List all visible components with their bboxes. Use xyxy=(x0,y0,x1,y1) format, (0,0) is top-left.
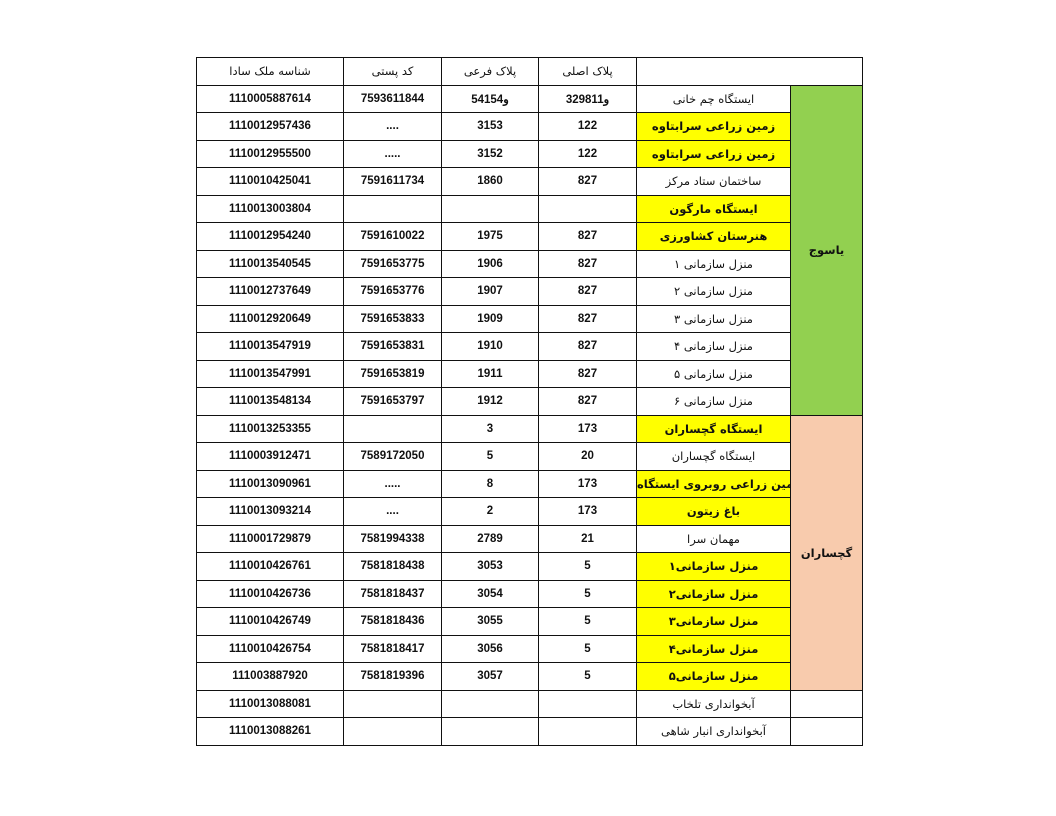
cell-property-name: ایستگاه گچساران xyxy=(637,415,791,443)
cell-main-plate: 20 xyxy=(539,443,637,471)
cell-postal-code: 7581819396 xyxy=(344,663,442,691)
cell-main-plate: 827 xyxy=(539,305,637,333)
cell-sada-id: 1110003912471 xyxy=(197,443,344,471)
cell-property-name: منزل سازمانی۴ xyxy=(637,635,791,663)
cell-main-plate: 122 xyxy=(539,140,637,168)
cell-postal-code xyxy=(344,195,442,223)
cell-postal-code: 7591653775 xyxy=(344,250,442,278)
table-row: 111001292064975916538331909827منزل سازما… xyxy=(197,305,863,333)
table-row: 1110010426736758181843730545منزل سازمانی… xyxy=(197,580,863,608)
cell-sada-id: 111003887920 xyxy=(197,663,344,691)
cell-property-name: ساختمان ستاد مرکز xyxy=(637,168,791,196)
cell-main-plate: 827 xyxy=(539,223,637,251)
cell-sada-id: 1110010426754 xyxy=(197,635,344,663)
cell-sada-id: 1110010426736 xyxy=(197,580,344,608)
cell-sub-plate: 3053 xyxy=(442,553,539,581)
cell-property-name: باغ زیتون xyxy=(637,498,791,526)
cell-sada-id: 1110013540545 xyxy=(197,250,344,278)
cell-postal-code xyxy=(344,415,442,443)
table-row: 111001354791975916538311910827منزل سازما… xyxy=(197,333,863,361)
cell-property-name: منزل سازمانی ۴ xyxy=(637,333,791,361)
table-row: 111003887920758181939630575منزل سازمانی۵ xyxy=(197,663,863,691)
header-main-plate: پلاک اصلی xyxy=(539,58,637,86)
table-row: 1110013090961.....8173زمین زراعی روبروی … xyxy=(197,470,863,498)
cell-sada-id: 1110013088261 xyxy=(197,718,344,746)
cell-sub-plate: 3152 xyxy=(442,140,539,168)
cell-main-plate: 827 xyxy=(539,278,637,306)
cell-property-name: منزل سازمانی ۵ xyxy=(637,360,791,388)
cell-main-plate: 122 xyxy=(539,113,637,141)
cell-sub-plate: 1912 xyxy=(442,388,539,416)
cell-sub-plate: 1906 xyxy=(442,250,539,278)
cell-sub-plate xyxy=(442,690,539,718)
table-row: 111001042504175916117341860827ساختمان ست… xyxy=(197,168,863,196)
cell-sub-plate: 1975 xyxy=(442,223,539,251)
cell-postal-code: ..... xyxy=(344,470,442,498)
table-row: 1110013088261آبخوانداری انبار شاهی xyxy=(197,718,863,746)
cell-property-name: آبخوانداری انبار شاهی xyxy=(637,718,791,746)
cell-sada-id: 1110012957436 xyxy=(197,113,344,141)
cell-sada-id: 1110010425041 xyxy=(197,168,344,196)
region-label: یاسوج xyxy=(791,85,863,415)
cell-postal-code: 7581818436 xyxy=(344,608,442,636)
cell-property-name: منزل سازمانی۱ xyxy=(637,553,791,581)
cell-sada-id: 1110005887614 xyxy=(197,85,344,113)
cell-main-plate xyxy=(539,718,637,746)
table-row: 1110012957436....3153122زمین زراعی سرابت… xyxy=(197,113,863,141)
table-row: 111001354813475916537971912827منزل سازما… xyxy=(197,388,863,416)
cell-main-plate: 827 xyxy=(539,250,637,278)
cell-sub-plate: 3153 xyxy=(442,113,539,141)
region-empty-cell xyxy=(791,690,863,718)
table-row: 11100039124717589172050520ایستگاه گچسارا… xyxy=(197,443,863,471)
header-name xyxy=(637,58,863,86)
table-row: 1110013003804ایستگاه مارگون xyxy=(197,195,863,223)
table-row: 1110010426749758181843630555منزل سازمانی… xyxy=(197,608,863,636)
table-row: 1110013093214....2173باغ زیتون xyxy=(197,498,863,526)
cell-postal-code: 7581818438 xyxy=(344,553,442,581)
cell-postal-code: 7581994338 xyxy=(344,525,442,553)
cell-sada-id: 1110013090961 xyxy=(197,470,344,498)
cell-sub-plate: 2789 xyxy=(442,525,539,553)
cell-sub-plate: 2 xyxy=(442,498,539,526)
cell-sada-id: 1110013547919 xyxy=(197,333,344,361)
cell-main-plate: 5 xyxy=(539,580,637,608)
property-table: شناسه ملک سادا کد پستی پلاک فرعی پلاک اص… xyxy=(196,57,863,746)
cell-sub-plate: 1909 xyxy=(442,305,539,333)
cell-main-plate: 173 xyxy=(539,498,637,526)
table-row: 111001295424075916100221975827هنرستان کش… xyxy=(197,223,863,251)
cell-property-name: منزل سازمانی۳ xyxy=(637,608,791,636)
cell-property-name: هنرستان کشاورزی xyxy=(637,223,791,251)
cell-sub-plate xyxy=(442,718,539,746)
cell-sada-id: 1110010426749 xyxy=(197,608,344,636)
cell-main-plate: 329و811 xyxy=(539,85,637,113)
cell-main-plate: 827 xyxy=(539,333,637,361)
cell-postal-code: 7591611734 xyxy=(344,168,442,196)
cell-sada-id: 1110001729879 xyxy=(197,525,344,553)
cell-property-name: منزل سازمانی۲ xyxy=(637,580,791,608)
cell-postal-code: 7591610022 xyxy=(344,223,442,251)
cell-postal-code: 7581818417 xyxy=(344,635,442,663)
cell-sub-plate: 1860 xyxy=(442,168,539,196)
cell-sada-id: 1110013088081 xyxy=(197,690,344,718)
cell-main-plate: 5 xyxy=(539,553,637,581)
table-row: 111001354054575916537751906827منزل سازما… xyxy=(197,250,863,278)
cell-property-name: منزل سازمانی ۳ xyxy=(637,305,791,333)
table-row: 1110012955500.....3152122زمین زراعی سراب… xyxy=(197,140,863,168)
cell-postal-code: 7581818437 xyxy=(344,580,442,608)
cell-sada-id: 1110010426761 xyxy=(197,553,344,581)
table-row: 1110010426761758181843830535منزل سازمانی… xyxy=(197,553,863,581)
cell-property-name: مهمان سرا xyxy=(637,525,791,553)
cell-sada-id: 1110012955500 xyxy=(197,140,344,168)
cell-postal-code: 7591653797 xyxy=(344,388,442,416)
cell-main-plate xyxy=(539,690,637,718)
cell-postal-code: ..... xyxy=(344,140,442,168)
cell-postal-code: 7589172050 xyxy=(344,443,442,471)
cell-main-plate: 5 xyxy=(539,635,637,663)
cell-sub-plate: 3056 xyxy=(442,635,539,663)
cell-sada-id: 1110013093214 xyxy=(197,498,344,526)
cell-sub-plate xyxy=(442,195,539,223)
cell-property-name: زمین زراعی روبروی ایستگاه xyxy=(637,470,791,498)
cell-postal-code xyxy=(344,690,442,718)
cell-sada-id: 1110012920649 xyxy=(197,305,344,333)
table-row: 111001273764975916537761907827منزل سازما… xyxy=(197,278,863,306)
cell-sada-id: 1110013003804 xyxy=(197,195,344,223)
cell-main-plate: 173 xyxy=(539,415,637,443)
cell-property-name: منزل سازمانی۵ xyxy=(637,663,791,691)
cell-sada-id: 1110013548134 xyxy=(197,388,344,416)
cell-property-name: ایستگاه چم خانی xyxy=(637,85,791,113)
cell-postal-code: 7591653831 xyxy=(344,333,442,361)
cell-main-plate: 5 xyxy=(539,608,637,636)
cell-sub-plate: 5 xyxy=(442,443,539,471)
document-page: شناسه ملک سادا کد پستی پلاک فرعی پلاک اص… xyxy=(0,0,1056,816)
table-row: 1110005887614759361184454و154329و811ایست… xyxy=(197,85,863,113)
cell-sub-plate: 1911 xyxy=(442,360,539,388)
cell-sub-plate: 3055 xyxy=(442,608,539,636)
cell-postal-code: 7591653819 xyxy=(344,360,442,388)
cell-postal-code: 7591653833 xyxy=(344,305,442,333)
cell-postal-code: 7593611844 xyxy=(344,85,442,113)
cell-property-name: زمین زراعی سرابتاوه xyxy=(637,140,791,168)
cell-main-plate: 173 xyxy=(539,470,637,498)
cell-main-plate: 5 xyxy=(539,663,637,691)
cell-sada-id: 1110013253355 xyxy=(197,415,344,443)
cell-postal-code: 7591653776 xyxy=(344,278,442,306)
cell-property-name: منزل سازمانی ۱ xyxy=(637,250,791,278)
cell-sub-plate: 3057 xyxy=(442,663,539,691)
header-sada-id: شناسه ملک سادا xyxy=(197,58,344,86)
cell-property-name: منزل سازمانی ۶ xyxy=(637,388,791,416)
table-row: 11100017298797581994338278921مهمان سرا xyxy=(197,525,863,553)
table-row: 11100132533553173ایستگاه گچسارانگچساران xyxy=(197,415,863,443)
cell-main-plate xyxy=(539,195,637,223)
cell-postal-code xyxy=(344,718,442,746)
table-header-row: شناسه ملک سادا کد پستی پلاک فرعی پلاک اص… xyxy=(197,58,863,86)
cell-sub-plate: 8 xyxy=(442,470,539,498)
cell-property-name: ایستگاه گچساران xyxy=(637,443,791,471)
cell-main-plate: 827 xyxy=(539,168,637,196)
header-postal-code: کد پستی xyxy=(344,58,442,86)
table-row: 111001354799175916538191911827منزل سازما… xyxy=(197,360,863,388)
cell-property-name: منزل سازمانی ۲ xyxy=(637,278,791,306)
cell-sada-id: 1110012737649 xyxy=(197,278,344,306)
cell-main-plate: 827 xyxy=(539,360,637,388)
cell-sada-id: 1110012954240 xyxy=(197,223,344,251)
cell-main-plate: 21 xyxy=(539,525,637,553)
header-sub-plate: پلاک فرعی xyxy=(442,58,539,86)
cell-property-name: ایستگاه مارگون xyxy=(637,195,791,223)
cell-sub-plate: 3054 xyxy=(442,580,539,608)
table-row: 1110010426754758181841730565منزل سازمانی… xyxy=(197,635,863,663)
cell-sada-id: 1110013547991 xyxy=(197,360,344,388)
cell-main-plate: 827 xyxy=(539,388,637,416)
cell-postal-code: .... xyxy=(344,498,442,526)
cell-sub-plate: 1907 xyxy=(442,278,539,306)
cell-property-name: آبخوانداری تلخاب xyxy=(637,690,791,718)
cell-sub-plate: 3 xyxy=(442,415,539,443)
cell-sub-plate: 1910 xyxy=(442,333,539,361)
table-row: 1110013088081آبخوانداری تلخاب xyxy=(197,690,863,718)
cell-property-name: زمین زراعی سرابتاوه xyxy=(637,113,791,141)
cell-postal-code: .... xyxy=(344,113,442,141)
region-empty-cell xyxy=(791,718,863,746)
region-label: گچساران xyxy=(791,415,863,690)
cell-sub-plate: 54و154 xyxy=(442,85,539,113)
